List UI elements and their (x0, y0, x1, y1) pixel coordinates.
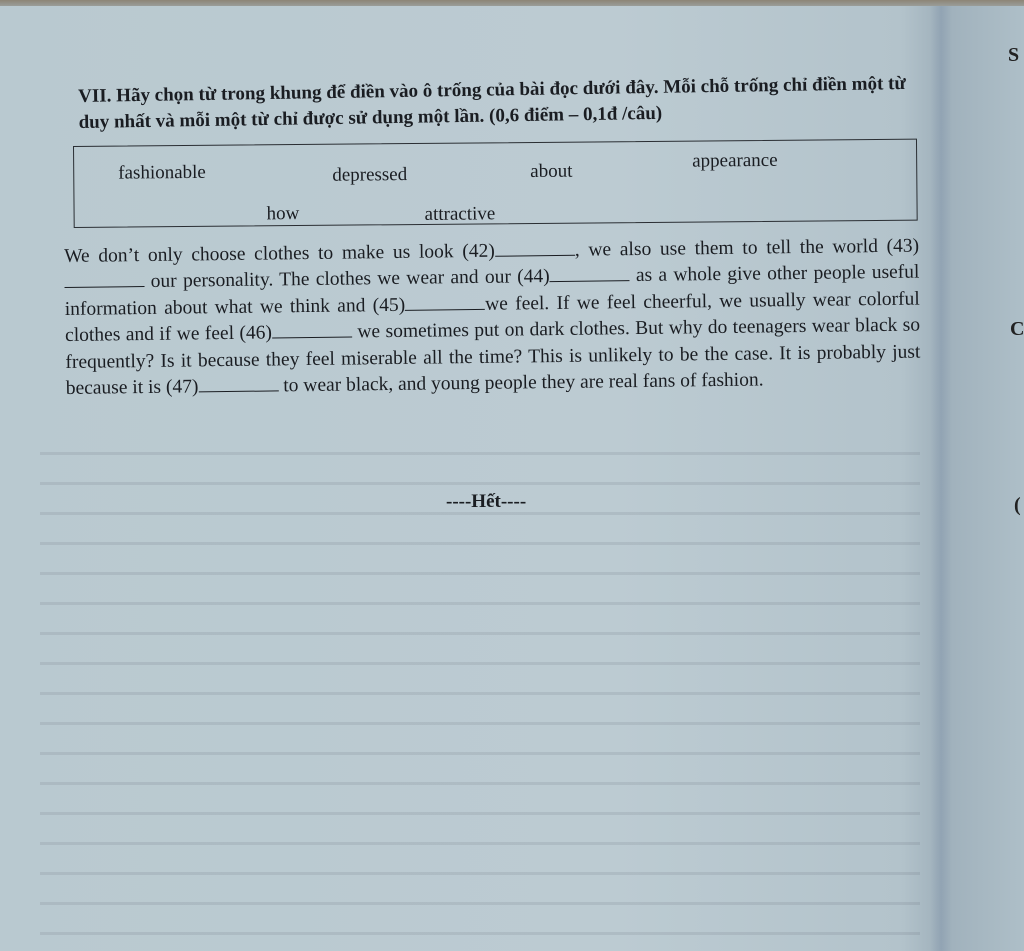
passage-segment: , we also use them to tell the world (43… (575, 236, 920, 261)
blank-47 (198, 376, 278, 392)
passage-segment: to wear black, and young people they are… (278, 369, 763, 396)
word-option: about (530, 161, 572, 183)
exercise-heading: VII. Hãy chọn từ trong khung để điền vào… (78, 71, 919, 136)
page-fold-shadow (930, 6, 952, 951)
word-option: fashionable (118, 162, 206, 185)
passage-segment: We don’t only choose clothes to make us … (64, 241, 495, 267)
reading-passage: We don’t only choose clothes to make us … (64, 234, 921, 403)
blank-43 (64, 272, 144, 288)
margin-letter: S (1008, 44, 1019, 67)
word-box: fashionable depressed about appearance h… (73, 139, 918, 228)
word-option: depressed (332, 164, 407, 187)
margin-letter: C (1010, 318, 1024, 341)
word-option: appearance (692, 150, 778, 173)
word-option: how (267, 203, 300, 225)
blank-45 (405, 295, 485, 311)
margin-letter: ( (1014, 494, 1021, 517)
end-mark: ----Hết---- (446, 491, 526, 513)
blank-44 (550, 266, 630, 282)
blank-46 (272, 323, 352, 339)
word-option: attractive (425, 203, 496, 226)
blank-42 (495, 241, 575, 257)
passage-segment: our personality. The clothes we wear and… (144, 266, 549, 292)
exam-page: VII. Hãy chọn từ trong khung để điền vào… (0, 6, 1024, 951)
